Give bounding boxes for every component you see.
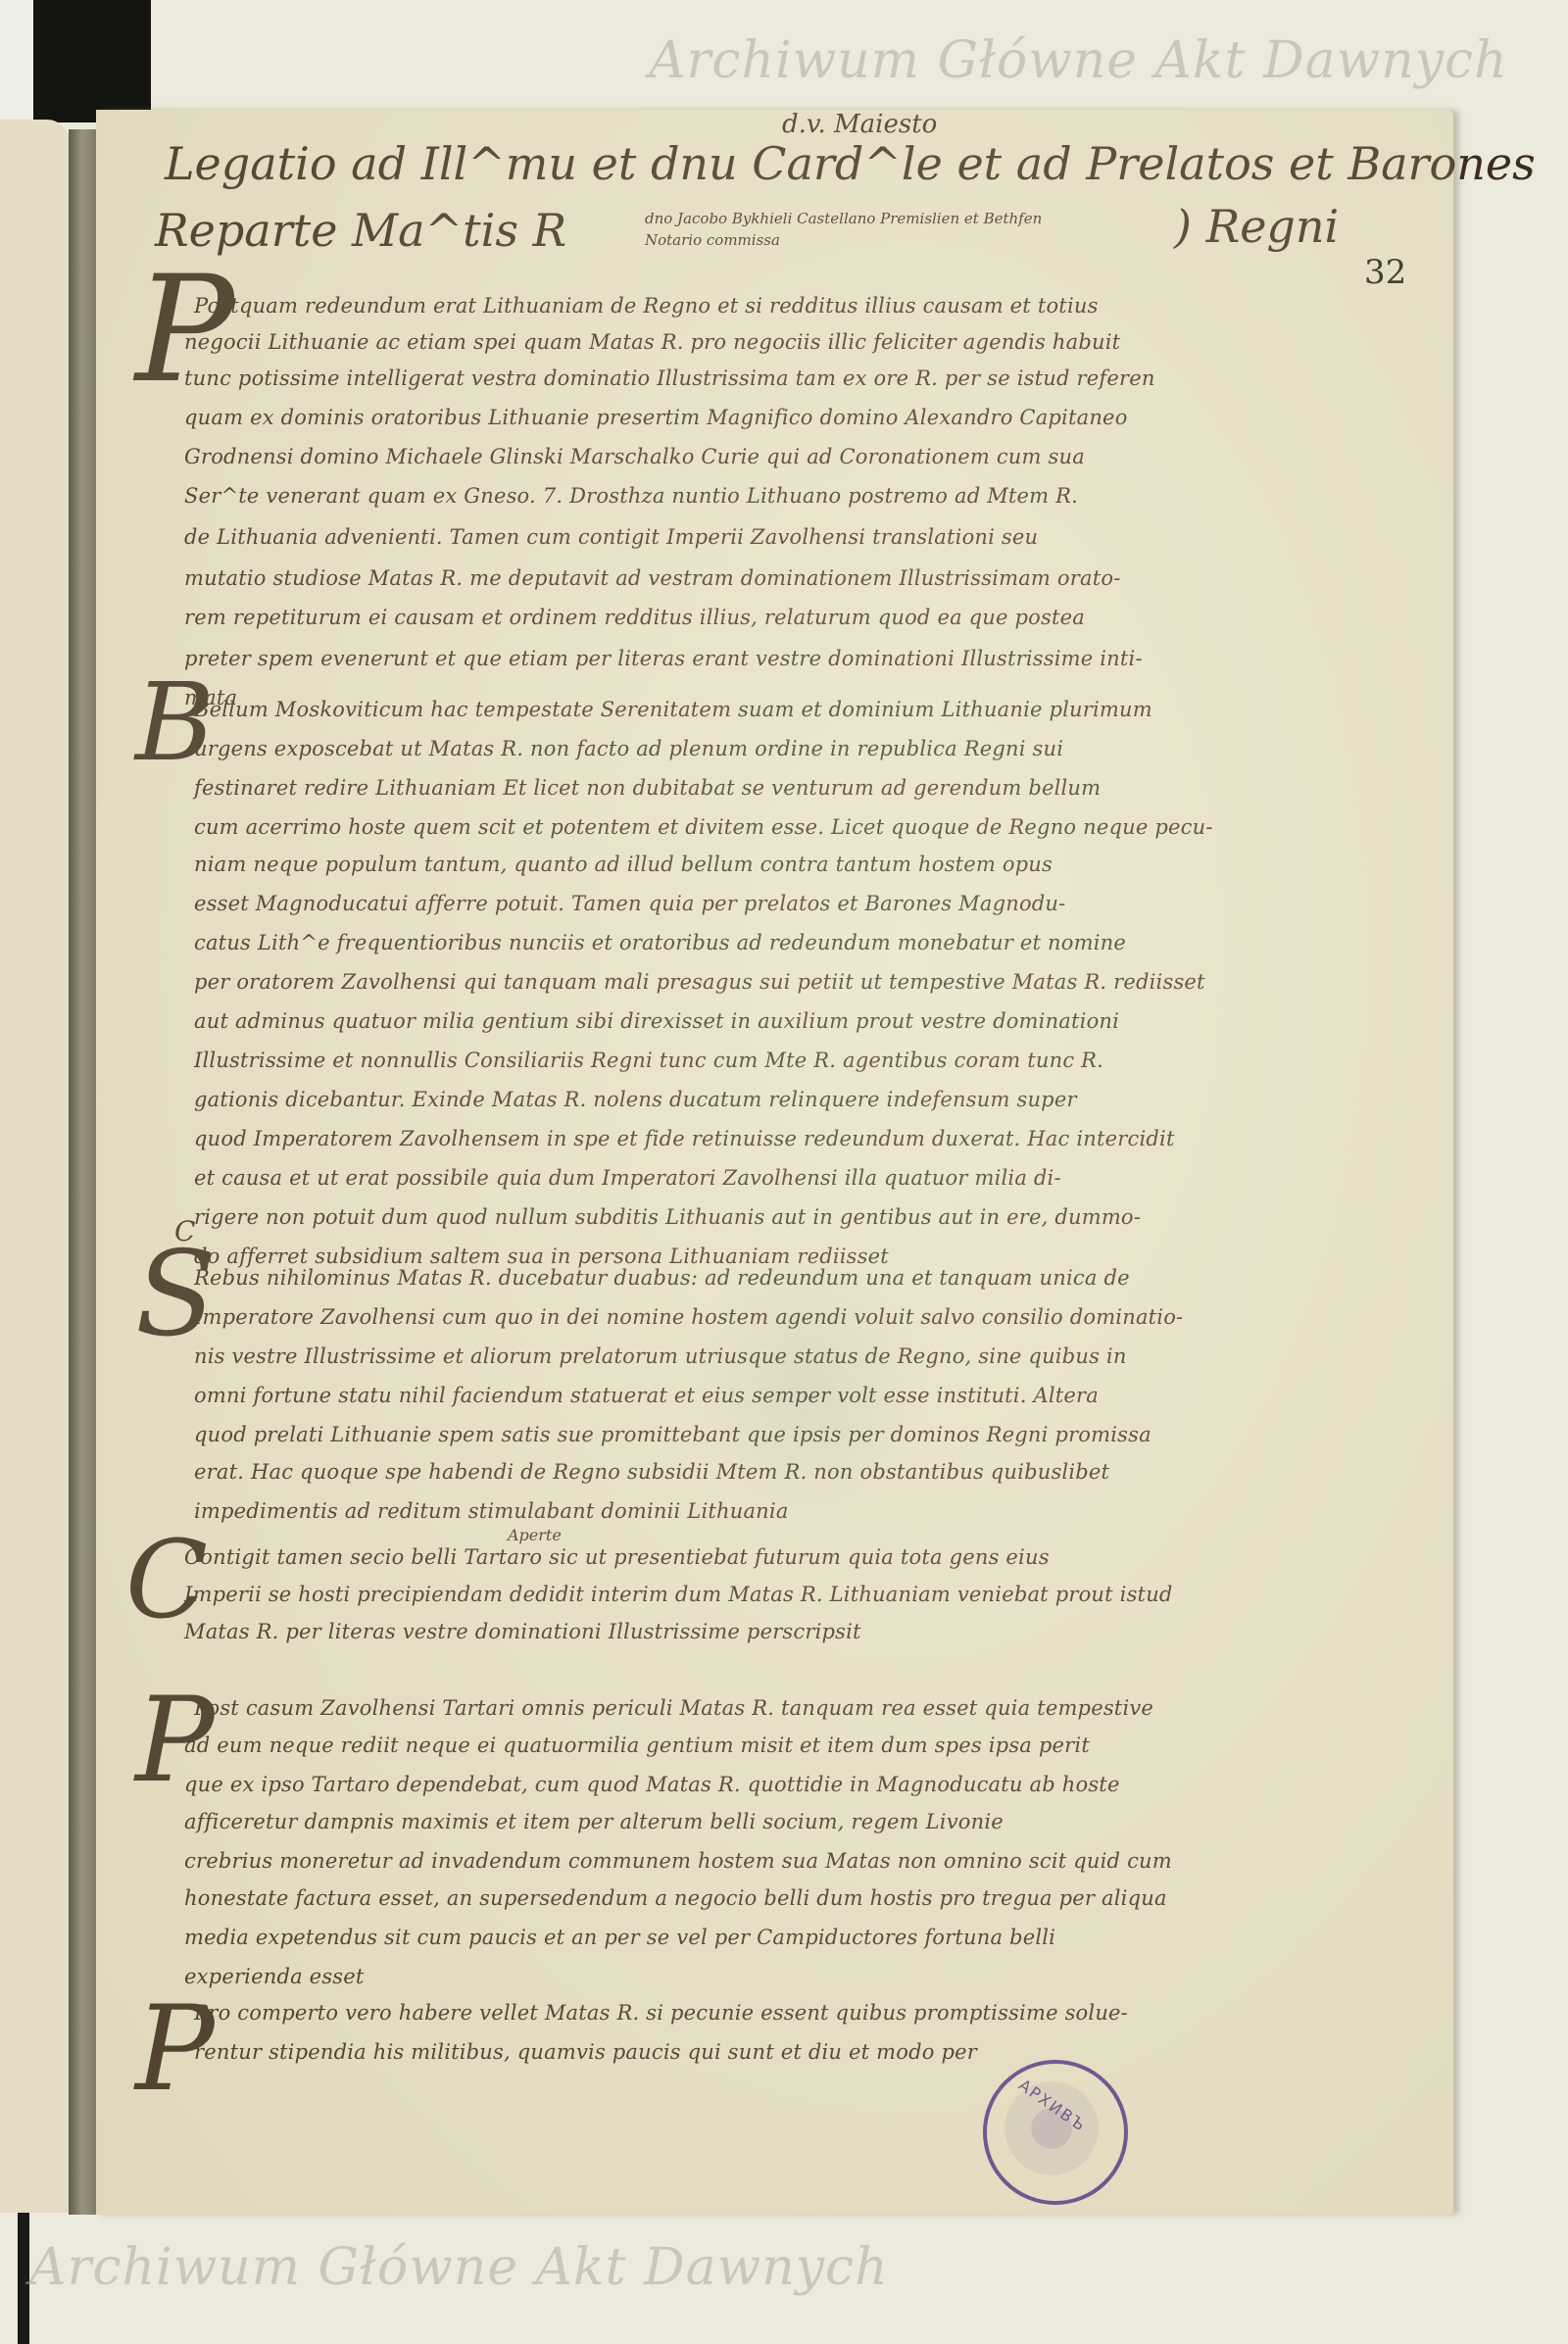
text-line: Postquam redeundum erat Lithuaniam de Re… <box>194 294 1099 317</box>
text-line: negocii Lithuanie ac etiam spei quam Mat… <box>184 330 1120 354</box>
text-line: Ser^te venerant quam ex Gneso. 7. Drosth… <box>184 484 1078 508</box>
heading-line-1: Legatio ad Ill^mu et dnu Card^le et ad P… <box>165 137 1536 190</box>
archive-stamp: АРХИВЪ <box>983 2060 1128 2205</box>
heading-superscript: d.v. Maiesto <box>782 110 937 139</box>
text-line: gationis dicebantur. Exinde Matas R. nol… <box>194 1088 1077 1111</box>
text-line: Imperii se hosti precipiendam dedidit in… <box>184 1583 1173 1606</box>
heading-line-2-suffix: ) Regni <box>1174 200 1339 253</box>
interlinear-note: Aperte <box>508 1526 562 1544</box>
drop-initial: S <box>135 1237 216 1354</box>
text-line: crebrius moneretur ad invadendum commune… <box>184 1849 1172 1873</box>
text-line: per oratorem Zavolhensi qui tanquam mali… <box>194 970 1205 994</box>
text-line: nis vestre Illustrissime et aliorum prel… <box>194 1344 1127 1368</box>
text-line: rem repetiturum ei causam et ordinem red… <box>184 606 1085 629</box>
text-line: festinaret redire Lithuaniam Et licet no… <box>194 776 1101 800</box>
text-line: preter spem evenerunt et que etiam per l… <box>184 647 1143 670</box>
text-line: Contigit tamen secio belli Tartaro sic u… <box>184 1545 1050 1569</box>
heading-interlinear-note: dno Jacobo Bykhieli Castellano Premislie… <box>645 208 1096 251</box>
text-line: urgens exposcebat ut Matas R. non facto … <box>194 737 1063 760</box>
text-line: quam ex dominis oratoribus Lithuanie pre… <box>184 406 1128 429</box>
text-line: ad eum neque rediit neque ei quatuormili… <box>184 1734 1090 1757</box>
text-line: omni fortune statu nihil faciendum statu… <box>194 1384 1099 1407</box>
text-line: de Lithuania advenienti. Tamen cum conti… <box>184 525 1038 549</box>
text-line: Imperatore Zavolhensi cum quo in dei nom… <box>194 1305 1183 1329</box>
text-line: honestate factura esset, an supersedendu… <box>184 1886 1167 1910</box>
text-line: erat. Hac quoque spe habendi de Regno su… <box>194 1460 1109 1484</box>
text-line: Illustrissime et nonnullis Consiliariis … <box>194 1049 1103 1072</box>
facing-page-edge <box>0 120 69 2213</box>
text-line: Post casum Zavolhensi Tartari omnis peri… <box>194 1696 1153 1720</box>
binding-shadow <box>33 0 151 122</box>
text-line: mutatio studiose Matas R. me deputavit a… <box>184 566 1120 590</box>
text-line: Pro comperto vero habere vellet Matas R.… <box>194 2001 1128 2025</box>
text-line: Rebus nihilominus Matas R. ducebatur dua… <box>194 1266 1130 1290</box>
text-line: et causa et ut erat possibile quia dum I… <box>194 1166 1061 1190</box>
text-line: Matas R. per literas vestre dominationi … <box>184 1620 861 1643</box>
manuscript-page: d.v. Maiesto Legatio ad Ill^mu et dnu Ca… <box>96 110 1453 2215</box>
text-line: esset Magnoducatui afferre potuit. Tamen… <box>194 892 1065 915</box>
archive-watermark-top: Archiwum Główne Akt Dawnych <box>649 31 1508 90</box>
text-line: cum acerrimo hoste quem scit et potentem… <box>194 815 1213 839</box>
text-line: aut adminus quatuor milia gentium sibi d… <box>194 1009 1119 1033</box>
binding-strip <box>18 2213 29 2344</box>
text-line: tunc potissime intelligerat vestra domin… <box>184 366 1155 390</box>
book-gutter <box>69 129 98 2215</box>
text-line: impedimentis ad reditum stimulabant domi… <box>194 1499 789 1523</box>
text-line: do afferret subsidium saltem sua in pers… <box>194 1245 889 1268</box>
text-line: quod Imperatorem Zavolhensem in spe et f… <box>194 1127 1175 1150</box>
drop-initial: C <box>125 1526 208 1634</box>
text-line: niam neque populum tantum, quanto ad ill… <box>194 853 1053 876</box>
archive-watermark-bottom: Archiwum Główne Akt Dawnych <box>29 2238 889 2297</box>
text-line: rigere non potuit dum quod nullum subdit… <box>194 1205 1141 1229</box>
text-line: media expetendus sit cum paucis et an pe… <box>184 1926 1055 1949</box>
scan-margin <box>0 0 33 120</box>
text-line: afficeretur dampnis maximis et item per … <box>184 1810 1004 1833</box>
text-line: quod prelati Lithuanie spem satis sue pr… <box>194 1423 1151 1446</box>
folio-number: 32 <box>1364 253 1406 292</box>
text-line: Grodnensi domino Michaele Glinski Marsch… <box>184 445 1085 468</box>
text-line: Bellum Moskoviticum hac tempestate Seren… <box>194 698 1152 721</box>
text-line: que ex ipso Tartaro dependebat, cum quod… <box>184 1773 1120 1796</box>
text-line: catus Lith^e frequentioribus nunciis et … <box>194 931 1126 954</box>
text-line: rentur stipendia his militibus, quamvis … <box>194 2040 977 2064</box>
